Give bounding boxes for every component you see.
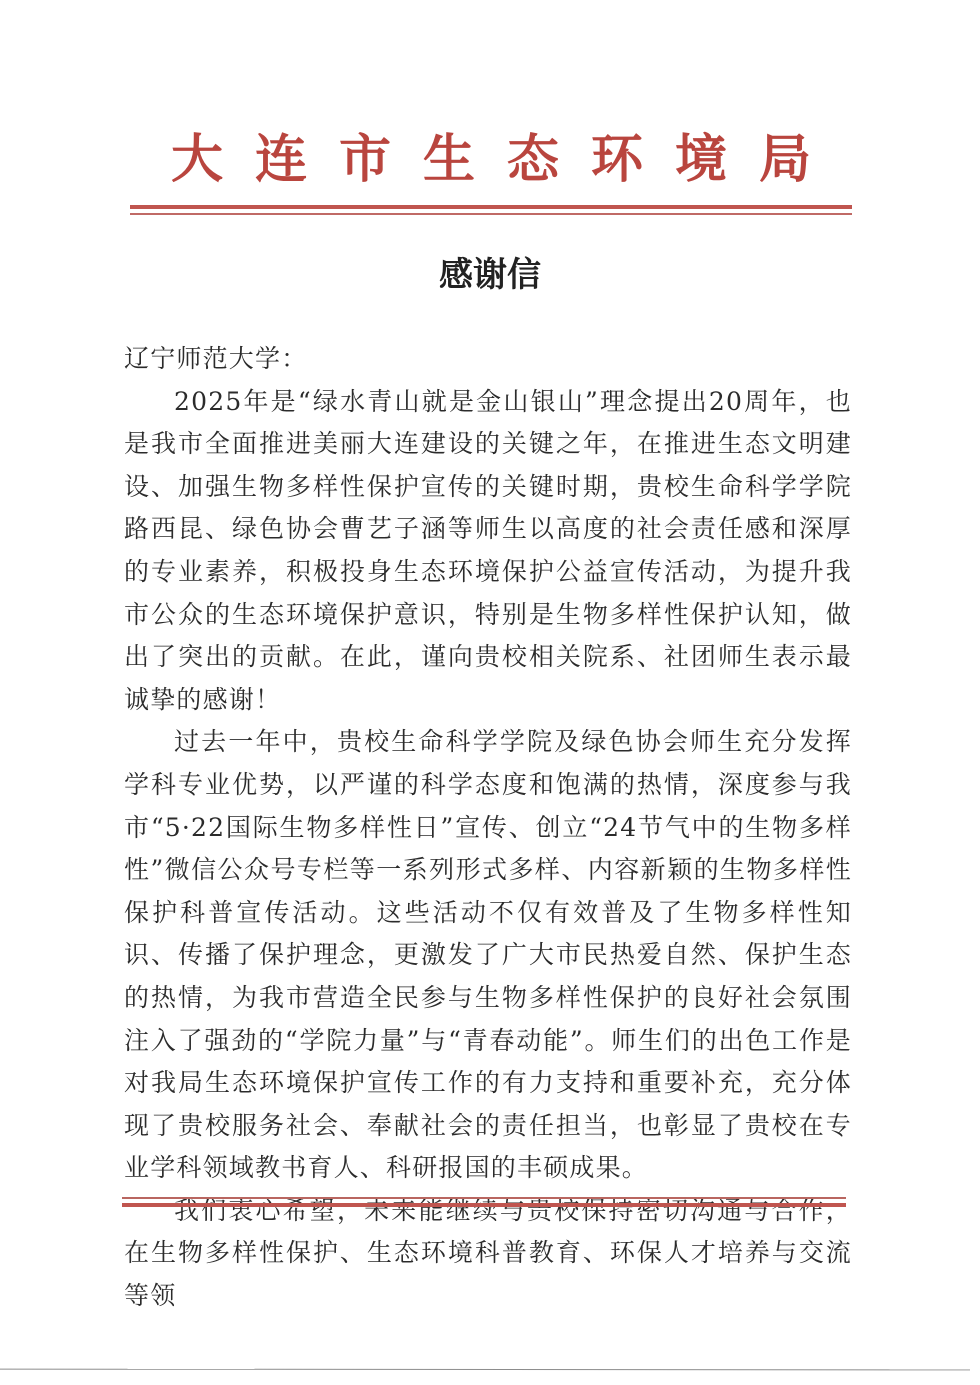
page-edge-line <box>0 1369 970 1371</box>
letterhead-rule-thick <box>130 205 852 209</box>
letterhead-rule-thin <box>130 213 852 215</box>
salutation: 辽宁师范大学： <box>124 338 852 381</box>
footer-rule-thin <box>122 1197 846 1199</box>
paragraph-3: 我们衷心希望，未来能继续与贵校保持密切沟通与合作，在生物多样性保护、生态环境科普… <box>124 1190 852 1318</box>
letterhead-organization-name: 大连市生态环境局 <box>130 128 852 192</box>
paragraph-1: 2025年是“绿水青山就是金山银山”理念提出20周年，也是我市全面推进美丽大连建… <box>124 381 852 722</box>
footer-rule-thick <box>122 1203 846 1207</box>
letter-body: 辽宁师范大学： 2025年是“绿水青山就是金山银山”理念提出20周年，也是我市全… <box>124 338 852 1318</box>
document-title: 感谢信 <box>0 250 980 300</box>
paragraph-2: 过去一年中，贵校生命科学学院及绿色协会师生充分发挥学科专业优势，以严谨的科学态度… <box>124 721 852 1190</box>
